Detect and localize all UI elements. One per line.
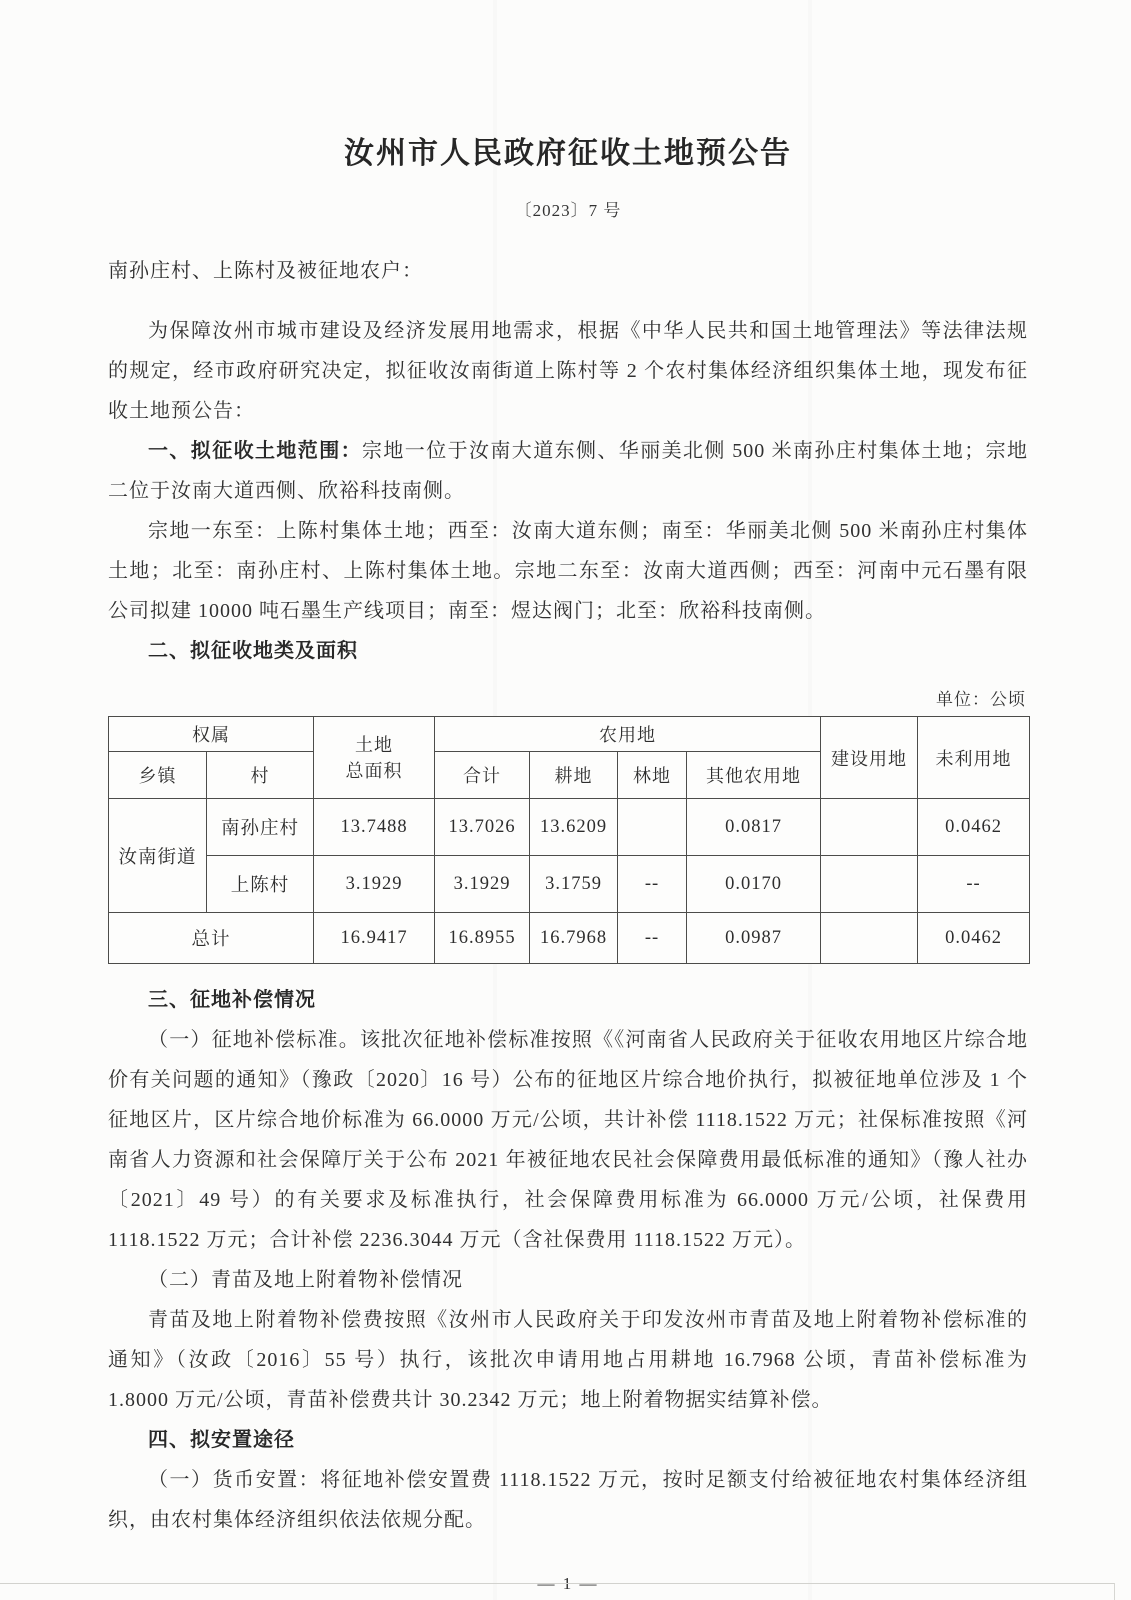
cell-total-label: 总计 (109, 913, 314, 964)
table-row-total: 总计 16.9417 16.8955 16.7968 -- 0.0987 0.0… (109, 913, 1030, 964)
header-total-area-line1: 土地 (355, 735, 393, 755)
cell-construction (821, 856, 918, 913)
header-total-area: 土地总面积 (314, 717, 435, 799)
paragraph-seedling: 青苗及地上附着物补偿费按照《汝州市人民政府关于印发汝州市青苗及地上附着物补偿标准… (108, 1300, 1028, 1420)
header-other-farmland: 其他农用地 (687, 752, 821, 799)
header-forest: 林地 (618, 752, 687, 799)
cell-other: 0.0817 (687, 799, 821, 856)
salutation-line: 南孙庄村、上陈村及被征地农户： (108, 251, 1028, 291)
header-village: 村 (207, 752, 314, 799)
cell-forest (618, 799, 687, 856)
monetary-lead: （一）货币安置： (148, 1469, 320, 1491)
land-area-table: 权属 土地总面积 农用地 建设用地 未利用地 乡镇 村 合计 耕地 林地 其他农… (108, 716, 1030, 964)
table-unit-note: 单位：公顷 (108, 685, 1026, 710)
table-header-row-1: 权属 土地总面积 农用地 建设用地 未利用地 (109, 717, 1030, 752)
cell-farm-total: 16.8955 (435, 913, 530, 964)
cell-farm-total: 13.7026 (435, 799, 530, 856)
cell-total: 3.1929 (314, 856, 435, 913)
page-number: — 1 — (108, 1574, 1028, 1594)
header-ownership: 权属 (109, 717, 314, 752)
paragraph-monetary: （一）货币安置：将征地补偿安置费 1118.1522 万元，按时足额支付给被征地… (108, 1460, 1028, 1540)
compensation-text: 该批次征地补偿标准按照《《河南省人民政府关于征收农用地区片综合地价有关问题的通知… (108, 1029, 1028, 1251)
paragraph-scope: 一、拟征收土地范围：宗地一位于汝南大道东侧、华丽美北侧 500 米南孙庄村集体土… (108, 431, 1028, 511)
table-row-nansunzhuang: 汝南街道 南孙庄村 13.7488 13.7026 13.6209 0.0817… (109, 799, 1030, 856)
cell-unused: 0.0462 (918, 913, 1030, 964)
cell-township: 汝南街道 (109, 799, 207, 913)
paragraph-intro: 为保障汝州市城市建设及经济发展用地需求，根据《中华人民共和国土地管理法》等法律法… (108, 311, 1028, 431)
cell-cultivated: 16.7968 (530, 913, 618, 964)
cell-unused: -- (918, 856, 1030, 913)
section1-heading-lead: 一、拟征收土地范围： (148, 440, 362, 462)
header-farmland: 农用地 (435, 717, 821, 752)
cell-other: 0.0170 (687, 856, 821, 913)
section3-heading: 三、征地补偿情况 (108, 980, 1028, 1020)
header-subtotal: 合计 (435, 752, 530, 799)
cell-village: 南孙庄村 (207, 799, 314, 856)
cell-cultivated: 3.1759 (530, 856, 618, 913)
section4-heading: 四、拟安置途径 (108, 1420, 1028, 1460)
document-title: 汝州市人民政府征收土地预公告 (108, 0, 1028, 174)
paragraph-boundaries: 宗地一东至：上陈村集体土地；西至：汝南大道东侧；南至：华丽美北侧 500 米南孙… (108, 511, 1028, 631)
table-row-shangchen: 上陈村 3.1929 3.1929 3.1759 -- 0.0170 -- (109, 856, 1030, 913)
scan-edge-right (1114, 1583, 1115, 1600)
document-number: 〔2023〕7 号 (108, 196, 1028, 221)
cell-forest: -- (618, 913, 687, 964)
cell-unused: 0.0462 (918, 799, 1030, 856)
cell-other: 0.0987 (687, 913, 821, 964)
cell-cultivated: 13.6209 (530, 799, 618, 856)
section2-heading: 二、拟征收地类及面积 (108, 631, 1028, 671)
scanned-document-page: 汝州市人民政府征收土地预公告 〔2023〕7 号 南孙庄村、上陈村及被征地农户：… (0, 0, 1131, 1600)
cell-total: 16.9417 (314, 913, 435, 964)
header-construction-land: 建设用地 (821, 717, 918, 799)
section3b-heading: （二）青苗及地上附着物补偿情况 (108, 1260, 1028, 1300)
cell-forest: -- (618, 856, 687, 913)
document-content: 汝州市人民政府征收土地预公告 〔2023〕7 号 南孙庄村、上陈村及被征地农户：… (108, 0, 1028, 1594)
cell-village: 上陈村 (207, 856, 314, 913)
cell-farm-total: 3.1929 (435, 856, 530, 913)
header-total-area-line2: 总面积 (346, 761, 403, 781)
scan-edge-bottom (0, 1583, 1114, 1584)
cell-construction (821, 913, 918, 964)
cell-construction (821, 799, 918, 856)
header-unused-land: 未利用地 (918, 717, 1030, 799)
header-cultivated: 耕地 (530, 752, 618, 799)
cell-total: 13.7488 (314, 799, 435, 856)
header-township: 乡镇 (109, 752, 207, 799)
paragraph-compensation: （一）征地补偿标准。该批次征地补偿标准按照《《河南省人民政府关于征收农用地区片综… (108, 1020, 1028, 1260)
compensation-lead: （一）征地补偿标准。 (148, 1029, 360, 1051)
